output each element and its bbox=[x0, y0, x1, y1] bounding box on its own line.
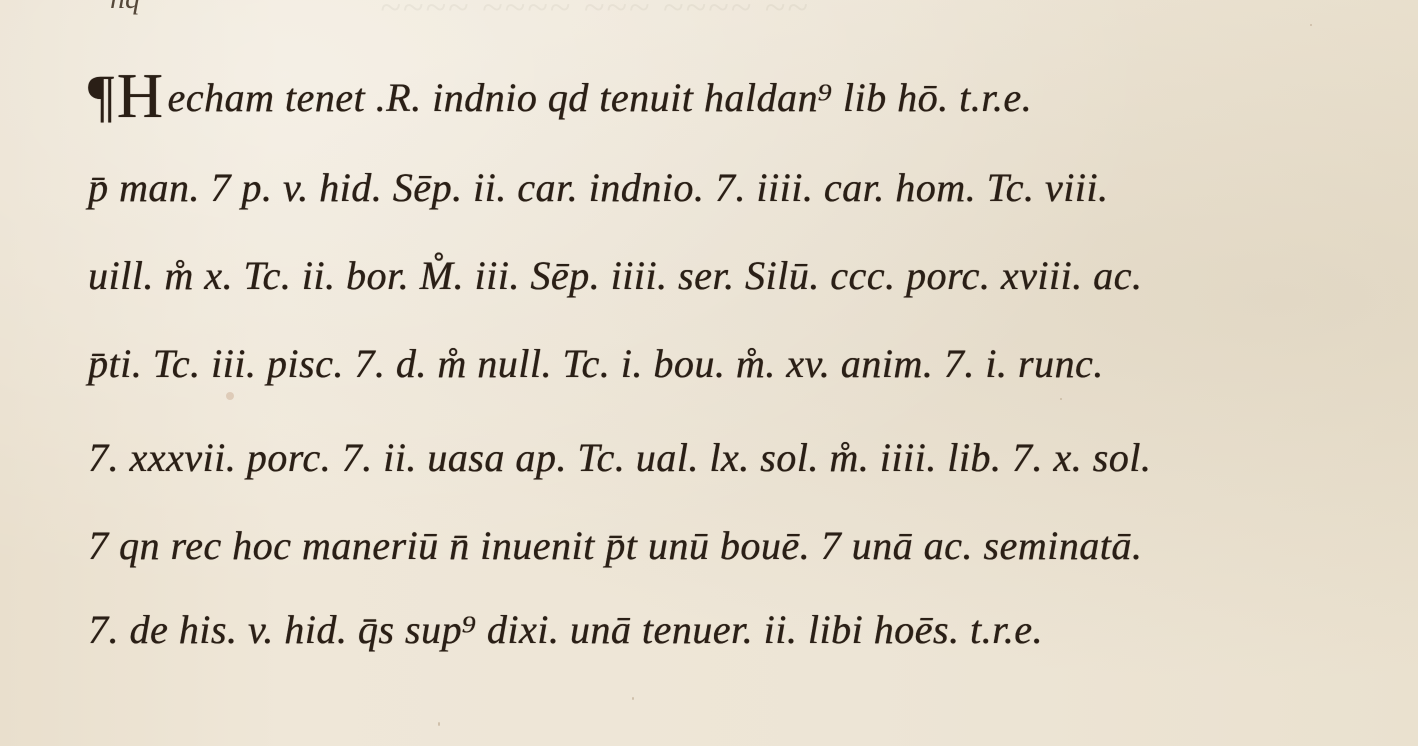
manuscript-line-2: p̄ man. 7 p. v. hid. Sēp. ii. car. indni… bbox=[88, 168, 1109, 208]
manuscript-line-4: p̄ti. Tc. iii. pisc. 7. d. m̊ null. Tc. … bbox=[88, 344, 1104, 384]
manuscript-line-1: ¶Hecham tenet .R. indnio qd tenuit halda… bbox=[88, 58, 1032, 122]
manuscript-line-3: uill. m̊ x. Tc. ii. bor. M̊. iii. Sēp. i… bbox=[88, 256, 1142, 296]
line-text: p̄ti. Tc. iii. pisc. 7. d. m̊ null. Tc. … bbox=[88, 341, 1104, 386]
parchment-speck bbox=[438, 722, 440, 726]
previous-line-fragment: hq bbox=[110, 0, 140, 16]
manuscript-line-7: 7. de his. v. hid. q̄s sup⁹ dixi. unā te… bbox=[88, 610, 1043, 650]
manuscript-page: ~~~~ ~~~~ ~~~ ~~~~ ~~ hq ¶Hecham tenet .… bbox=[0, 0, 1418, 746]
manuscript-line-6: 7 qn rec hoc maneriū n̄ inuenit p̄t unū … bbox=[88, 526, 1142, 566]
parchment-speck bbox=[1060, 398, 1062, 400]
parchment-speck bbox=[226, 392, 234, 400]
line-text: echam tenet .R. indnio qd tenuit haldan⁹… bbox=[168, 75, 1033, 120]
paragraph-mark-icon: ¶ bbox=[88, 63, 115, 128]
manuscript-line-5: 7. xxxvii. porc. 7. ii. uasa ap. Tc. ual… bbox=[88, 438, 1151, 478]
show-through-text: ~~~~ ~~~~ ~~~ ~~~~ ~~ bbox=[380, 0, 810, 30]
line-text: 7 qn rec hoc maneriū n̄ inuenit p̄t unū … bbox=[88, 523, 1142, 568]
line-text: p̄ man. 7 p. v. hid. Sēp. ii. car. indni… bbox=[88, 165, 1109, 210]
line-text: uill. m̊ x. Tc. ii. bor. M̊. iii. Sēp. i… bbox=[88, 253, 1142, 298]
line-text: 7. xxxvii. porc. 7. ii. uasa ap. Tc. ual… bbox=[88, 435, 1151, 480]
parchment-speck bbox=[1310, 24, 1312, 26]
parchment-speck bbox=[632, 697, 634, 700]
initial-letter: H bbox=[117, 60, 164, 131]
line-text: 7. de his. v. hid. q̄s sup⁹ dixi. unā te… bbox=[88, 607, 1043, 652]
